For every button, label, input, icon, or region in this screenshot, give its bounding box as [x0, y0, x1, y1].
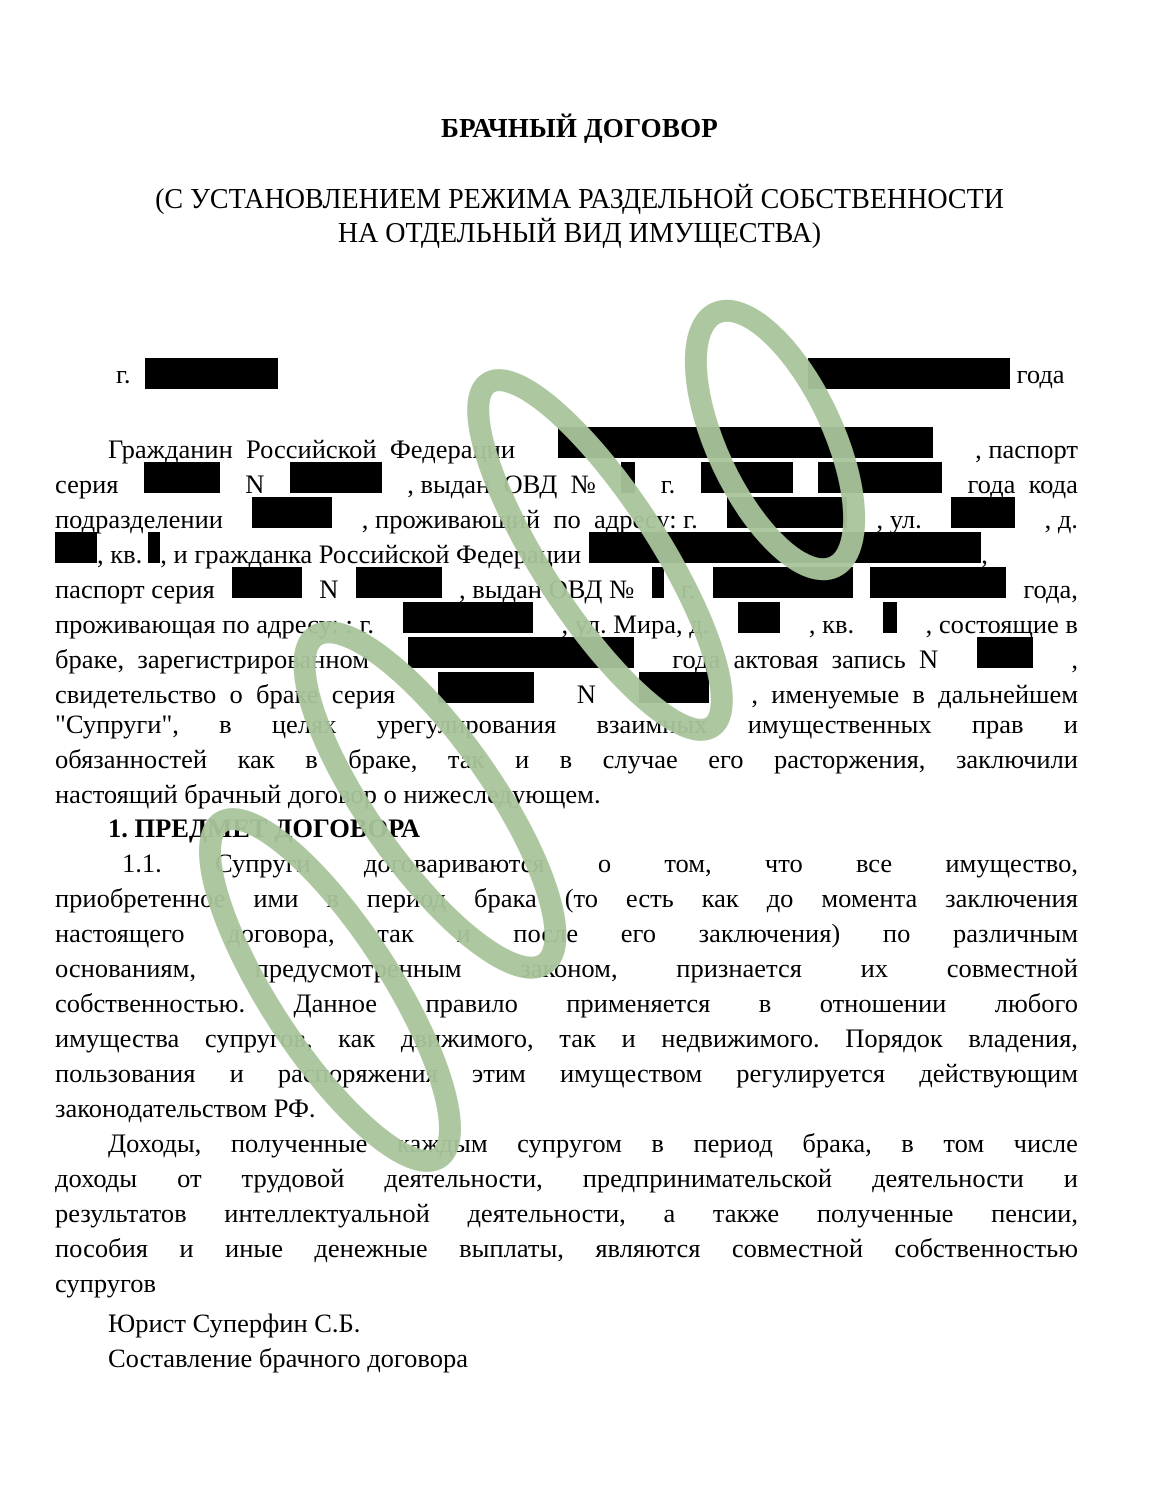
word: заключения) — [699, 916, 841, 951]
signature-author: Юрист Суперфин С.Б. — [108, 1306, 360, 1341]
income-line: Доходы,полученныекаждымсупругомвпериодбр… — [108, 1126, 1078, 1161]
word: Доходы, — [108, 1126, 201, 1161]
redacted-city — [403, 602, 533, 633]
word: этим — [472, 1056, 526, 1091]
redacted-number — [356, 567, 442, 598]
clause-line: имуществасупругов,какдвижимого,такинедви… — [55, 1021, 1078, 1056]
word: денежные — [314, 1231, 427, 1266]
word: о — [598, 846, 611, 881]
word: регулируется — [736, 1056, 885, 1091]
redacted-flat — [883, 602, 897, 633]
document-subtitle: (С УСТАНОВЛЕНИЕМ РЕЖИМА РАЗДЕЛЬНОЙ СОБСТ… — [0, 183, 1159, 251]
clause-line: 1.1.Супругидоговариваютсяотом,чтовсеимущ… — [122, 846, 1078, 881]
redacted-street — [951, 497, 1015, 528]
word: все — [856, 846, 892, 881]
signature-service: Составление брачного договора — [108, 1341, 468, 1376]
word: собственностью. — [55, 986, 245, 1021]
word: урегулирования — [377, 707, 557, 742]
redacted-house — [738, 602, 780, 633]
word: числе — [1014, 1126, 1078, 1161]
word: как — [702, 881, 739, 916]
word: период — [367, 881, 446, 916]
clause-line: собственностью.Данноеправилоприменяетсяв… — [55, 986, 1078, 1021]
section-heading: 1. ПРЕДМЕТ ДОГОВОРА — [108, 811, 420, 846]
word: брака — [474, 881, 537, 916]
word: и — [1064, 1161, 1078, 1196]
word: выплаты, — [459, 1231, 564, 1266]
word: действующим — [919, 1056, 1078, 1091]
word: его — [621, 916, 656, 951]
word: обязанностей — [55, 742, 207, 777]
document-title: БРАЧНЫЙ ДОГОВОР — [0, 113, 1159, 144]
redacted-flat — [148, 532, 160, 563]
word: как — [338, 1021, 375, 1056]
word: признается — [676, 951, 802, 986]
word: пользования — [55, 1056, 195, 1091]
redacted-series — [144, 462, 220, 493]
clause-line: пользованияираспоряженияэтимимуществомре… — [55, 1056, 1078, 1091]
word: период — [693, 1126, 772, 1161]
redacted-ovd — [621, 462, 635, 493]
word: интеллектуальной — [224, 1196, 430, 1231]
preamble-line: проживающая по адресу: : г. , ул. Мира, … — [55, 602, 1078, 637]
word: Данное — [294, 986, 378, 1021]
word: и — [456, 916, 470, 951]
preamble-line: "Супруги",вцеляхурегулированиявзаимныхим… — [55, 707, 1078, 742]
word: любого — [995, 986, 1078, 1021]
preamble-line: Гражданин Российской Федерации , паспорт — [108, 427, 1078, 462]
word: брака, — [802, 1126, 871, 1161]
word: что — [765, 846, 803, 881]
word: Супруги — [215, 846, 311, 881]
redacted-ovd — [652, 567, 664, 598]
word: каждым — [397, 1126, 488, 1161]
word: отношении — [820, 986, 947, 1021]
word: супругов, — [205, 1021, 313, 1056]
word: пособия — [55, 1231, 148, 1266]
preamble-line: браке, зарегистрированном года актовая з… — [55, 637, 1078, 672]
clause-line: приобретенноеимивпериодбрака(тоестькакдо… — [55, 881, 1078, 916]
word: целях — [272, 707, 337, 742]
word: заключили — [956, 742, 1078, 777]
word: распоряжения — [278, 1056, 438, 1091]
word: полученные — [231, 1126, 368, 1161]
redacted-code — [252, 497, 332, 528]
word: как — [238, 742, 275, 777]
word: его — [708, 742, 743, 777]
word: совместной — [947, 951, 1078, 986]
word: так — [377, 916, 414, 951]
preamble-line: подразделении , проживающий по адресу: г… — [55, 497, 1078, 532]
word: взаимных — [597, 707, 708, 742]
word: их — [861, 951, 888, 986]
word: иные — [225, 1231, 283, 1266]
redacted-date — [870, 567, 1006, 598]
word: собственностью — [895, 1231, 1078, 1266]
preamble-line: обязанностейкаквбраке,такивслучаеегораст… — [55, 742, 1078, 777]
word: деятельности, — [384, 1161, 542, 1196]
word: применяется — [566, 986, 710, 1021]
word: договора, — [227, 916, 334, 951]
word: в — [560, 742, 573, 777]
income-line: доходыоттрудовойдеятельности,предпринима… — [55, 1161, 1078, 1196]
redacted-number — [639, 672, 709, 703]
word: и — [621, 1021, 635, 1056]
word: законом, — [520, 951, 617, 986]
clause-line: основаниям,предусмотреннымзаконом,призна… — [55, 951, 1078, 986]
date-suffix: года — [1017, 359, 1065, 389]
redacted-date — [408, 637, 634, 668]
word: пенсии, — [991, 1196, 1078, 1231]
word: в — [901, 1126, 914, 1161]
word: есть — [626, 881, 674, 916]
clause-line: настоящегодоговора,такипослеегозаключени… — [55, 916, 1078, 951]
subtitle-line: (С УСТАНОВЛЕНИЕМ РЕЖИМА РАЗДЕЛЬНОЙ СОБСТ… — [0, 183, 1159, 217]
word: прав — [972, 707, 1024, 742]
redacted-date — [818, 462, 942, 493]
word: полученные — [817, 1196, 954, 1231]
word: момента — [821, 881, 917, 916]
word: в — [219, 707, 232, 742]
word: в — [305, 742, 318, 777]
word: приобретенное — [55, 881, 225, 916]
word: и — [515, 742, 529, 777]
income-line: результатовинтеллектуальнойдеятельности,… — [55, 1196, 1078, 1231]
place-line: г. — [116, 357, 278, 392]
word: так — [448, 742, 485, 777]
word: имущество, — [945, 846, 1078, 881]
word: движимого, — [401, 1021, 534, 1056]
word: так — [559, 1021, 596, 1056]
word: также — [713, 1196, 779, 1231]
word: владения, — [968, 1021, 1078, 1056]
word: трудовой — [242, 1161, 345, 1196]
word: после — [513, 916, 578, 951]
word: и — [1064, 707, 1078, 742]
preamble-line: паспорт серия N , выдан ОВД № г. года, — [55, 567, 1078, 602]
word: (то — [565, 881, 598, 916]
document-page: БРАЧНЫЙ ДОГОВОР (С УСТАНОВЛЕНИЕМ РЕЖИМА … — [0, 0, 1159, 1500]
preamble-line: настоящий брачный договор о нижеследующе… — [55, 777, 1078, 812]
word: в — [326, 881, 339, 916]
city-prefix: г. — [116, 359, 131, 389]
word: заключения — [945, 881, 1078, 916]
word: супругом — [517, 1126, 622, 1161]
word: а — [663, 1196, 675, 1231]
word: имущественных — [748, 707, 932, 742]
preamble-line: , кв. , и гражданка Российской Федерации… — [55, 532, 1078, 567]
word: до — [767, 881, 794, 916]
redacted-city — [713, 567, 853, 598]
word: результатов — [55, 1196, 187, 1231]
redacted-city — [145, 358, 278, 389]
redacted-number — [290, 462, 382, 493]
redacted-city — [701, 462, 793, 493]
redacted-house — [55, 532, 97, 563]
word: деятельности — [872, 1161, 1024, 1196]
word: Порядок — [845, 1021, 942, 1056]
redacted-series — [232, 567, 302, 598]
word: предпринимательской — [583, 1161, 832, 1196]
word: от — [177, 1161, 201, 1196]
word: настоящего — [55, 916, 185, 951]
word: 1.1. — [122, 846, 162, 881]
word: случае — [603, 742, 678, 777]
word: "Супруги", — [55, 707, 179, 742]
word: договариваются — [364, 846, 545, 881]
preamble-line: серия N , выдан ОВД № г. года кода — [55, 462, 1078, 497]
word: и — [230, 1056, 244, 1091]
word: ими — [253, 881, 298, 916]
word: по — [883, 916, 910, 951]
income-line: супругов — [55, 1266, 1078, 1301]
date-line: года — [808, 357, 1065, 392]
document-text: БРАЧНЫЙ ДОГОВОР (С УСТАНОВЛЕНИЕМ РЕЖИМА … — [0, 0, 1159, 1500]
clause-line: законодательством РФ. — [55, 1091, 1078, 1126]
word: являются — [595, 1231, 700, 1266]
word: совместной — [732, 1231, 863, 1266]
word: в — [651, 1126, 664, 1161]
redacted-city — [727, 497, 847, 528]
word: расторжения, — [774, 742, 925, 777]
redacted-name — [558, 427, 933, 458]
word: основаниям, — [55, 951, 196, 986]
redacted-record — [977, 637, 1033, 668]
word: том, — [664, 846, 711, 881]
redacted-date — [808, 358, 1010, 389]
redacted-name — [589, 532, 981, 563]
preamble-line: свидетельство о браке серия N , именуемы… — [55, 672, 1078, 707]
word: браке, — [348, 742, 417, 777]
word: доходы — [55, 1161, 137, 1196]
word: недвижимого. — [661, 1021, 819, 1056]
word: предусмотренным — [255, 951, 462, 986]
word: имуществом — [560, 1056, 702, 1091]
word: в — [759, 986, 772, 1021]
word: различным — [953, 916, 1078, 951]
word: правило — [425, 986, 517, 1021]
income-line: пособияииныеденежныевыплаты,являютсясовм… — [55, 1231, 1078, 1266]
word: имущества — [55, 1021, 179, 1056]
redacted-series — [438, 672, 534, 703]
word: том — [943, 1126, 984, 1161]
subtitle-line: НА ОТДЕЛЬНЫЙ ВИД ИМУЩЕСТВА) — [0, 217, 1159, 251]
word: и — [179, 1231, 193, 1266]
word: деятельности, — [467, 1196, 625, 1231]
